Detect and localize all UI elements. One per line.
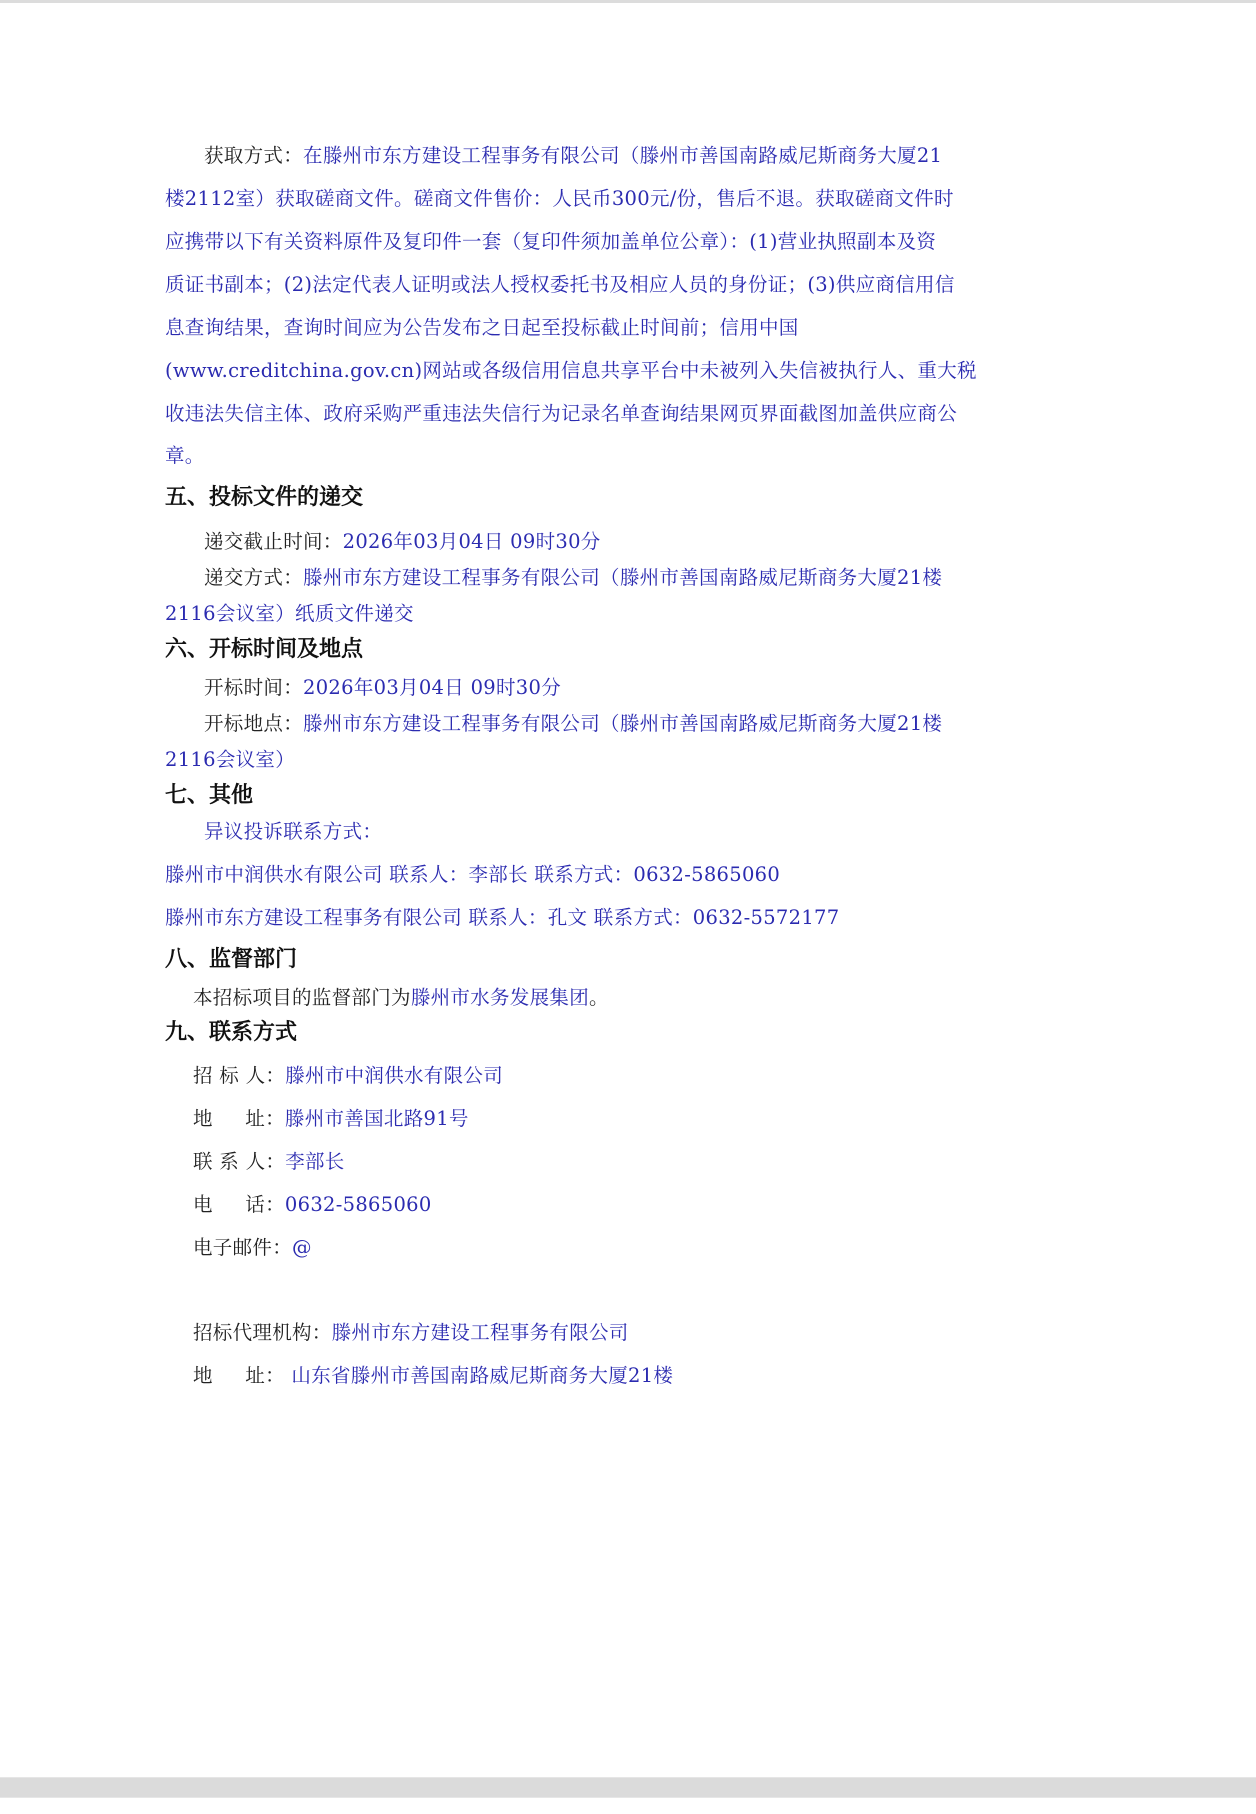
submission-method-label: 递交方式： (204, 566, 303, 589)
complaint-contact-2: 滕州市东方建设工程事务有限公司 联系人：孔文 联系方式：0632-5572177 (165, 905, 839, 931)
acquisition-line-2: 楼2112室）获取磋商文件。磋商文件售价：人民币300元/份，售后不退。获取磋商… (165, 186, 954, 212)
acquisition-label: 获取方式： (204, 144, 303, 167)
opening-time: 开标时间：2026年03月04日 09时30分 (204, 675, 561, 701)
acquisition-line-1: 获取方式：在滕州市东方建设工程事务有限公司（滕州市善国南路威尼斯商务大厦21 (204, 143, 942, 169)
opening-time-value: 2026年03月04日 09时30分 (303, 676, 561, 699)
acquisition-line-8: 章。 (165, 443, 205, 469)
page-separator (0, 1777, 1256, 1798)
opening-place-label: 开标地点： (204, 712, 303, 735)
submission-deadline-value: 2026年03月04日 09时30分 (343, 530, 601, 553)
acquisition-line-7: 收违法失信主体、政府采购严重违法失信行为记录名单查询结果网页界面截图加盖供应商公 (165, 401, 957, 427)
complaint-contact-1: 滕州市中润供水有限公司 联系人：李部长 联系方式：0632-5865060 (165, 862, 780, 888)
opening-place: 开标地点：滕州市东方建设工程事务有限公司（滕州市善国南路威尼斯商务大厦21楼 (204, 711, 942, 737)
complaint-contact-label: 异议投诉联系方式： (204, 819, 382, 845)
section-7-heading: 七、其他 (165, 782, 253, 810)
agency-address: 地 址： 山东省滕州市善国南路威尼斯商务大厦21楼 (193, 1363, 673, 1389)
section-9-heading: 九、联系方式 (165, 1019, 297, 1047)
section-6-heading: 六、开标时间及地点 (165, 636, 363, 664)
acquisition-line-5: 息查询结果，查询时间应为公告发布之日起至投标截止时间前；信用中国 (165, 315, 799, 341)
tenderer-address: 地 址：滕州市善国北路91号 (193, 1106, 469, 1132)
submission-method-cont: 2116会议室）纸质文件递交 (165, 601, 414, 627)
tenderer-contact-person: 联 系 人：李部长 (193, 1149, 345, 1175)
acquisition-line-3: 应携带以下有关资料原件及复印件一套（复印件须加盖单位公章）：(1)营业执照副本及… (165, 229, 936, 255)
agency-name: 招标代理机构：滕州市东方建设工程事务有限公司 (193, 1320, 629, 1346)
section-8-heading: 八、监督部门 (165, 946, 297, 974)
document-page: 获取方式：在滕州市东方建设工程事务有限公司（滕州市善国南路威尼斯商务大厦21 楼… (0, 0, 1256, 1776)
tenderer-name: 招 标 人：滕州市中润供水有限公司 (193, 1063, 503, 1089)
acquisition-line-4: 质证书副本；(2)法定代表人证明或法人授权委托书及相应人员的身份证；(3)供应商… (165, 272, 955, 298)
acquisition-line-6: (www.creditchina.gov.cn)网站或各级信用信息共享平台中未被… (165, 358, 977, 384)
opening-time-label: 开标时间： (204, 676, 303, 699)
supervision-text: 本招标项目的监督部门为滕州市水务发展集团。 (193, 985, 609, 1011)
submission-deadline: 递交截止时间：2026年03月04日 09时30分 (204, 529, 601, 555)
submission-method: 递交方式：滕州市东方建设工程事务有限公司（滕州市善国南路威尼斯商务大厦21楼 (204, 565, 942, 591)
tenderer-phone: 电 话：0632-5865060 (193, 1192, 432, 1218)
submission-deadline-label: 递交截止时间： (204, 530, 343, 553)
tenderer-email: 电子邮件：@ (193, 1235, 312, 1261)
opening-place-cont: 2116会议室） (165, 747, 295, 773)
section-5-heading: 五、投标文件的递交 (165, 484, 363, 512)
supervision-department: 滕州市水务发展集团 (411, 986, 589, 1009)
